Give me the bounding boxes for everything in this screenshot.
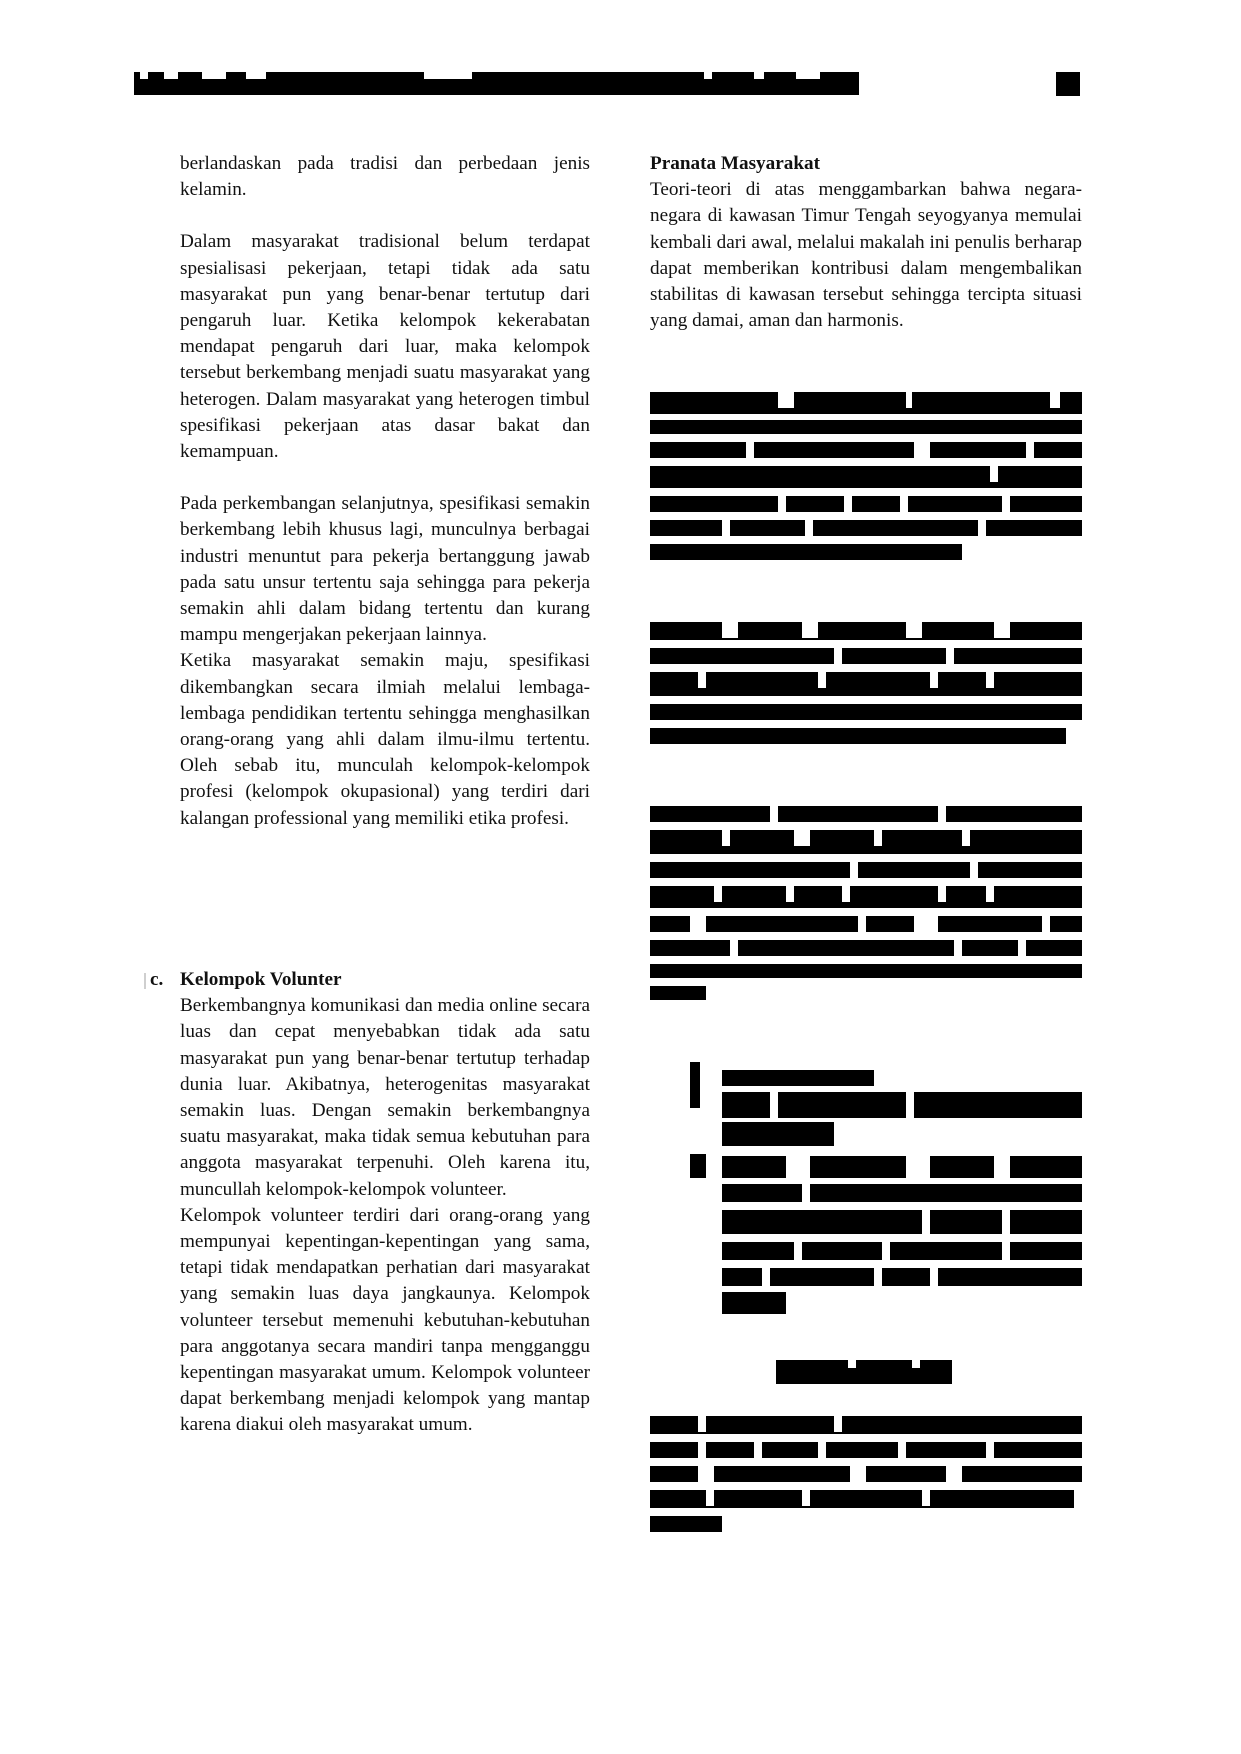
section-heading: Pranata Masyarakat (650, 151, 1082, 177)
margin-mark (144, 973, 146, 989)
paragraph: Kelompok volunteer terdiri dari orang-or… (180, 1203, 590, 1439)
section-c: c. Kelompok Volunter Berkembangnya komun… (150, 967, 590, 1439)
redacted-paragraph-2 (650, 622, 1082, 752)
paragraph: Berkembangnya komunikasi dan media onlin… (180, 993, 590, 1203)
section-heading: Kelompok Volunter (180, 967, 590, 993)
right-column: Pranata Masyarakat Teori-teori di atas m… (650, 151, 1082, 360)
redacted-paragraph-1 (650, 392, 1082, 568)
paragraph: Pada perkembangan selanjutnya, spesifika… (180, 491, 590, 648)
redacted-heading (776, 1360, 952, 1392)
redacted-paragraph-4 (650, 1416, 1082, 1540)
left-column: berlandaskan pada tradisi dan perbedaan … (180, 151, 590, 858)
running-header-redacted (134, 72, 859, 95)
list-marker: c. (150, 967, 163, 993)
paragraph: Ketika masyarakat semakin maju, spesifik… (180, 648, 590, 831)
paragraph: Dalam masyarakat tradisional belum terda… (180, 229, 590, 465)
paragraph: Teori-teori di atas menggambarkan bahwa … (650, 177, 1082, 334)
redacted-paragraph-3 (650, 806, 1082, 1008)
paragraph: berlandaskan pada tradisi dan perbedaan … (180, 151, 590, 203)
page-number-redacted (1056, 72, 1080, 96)
